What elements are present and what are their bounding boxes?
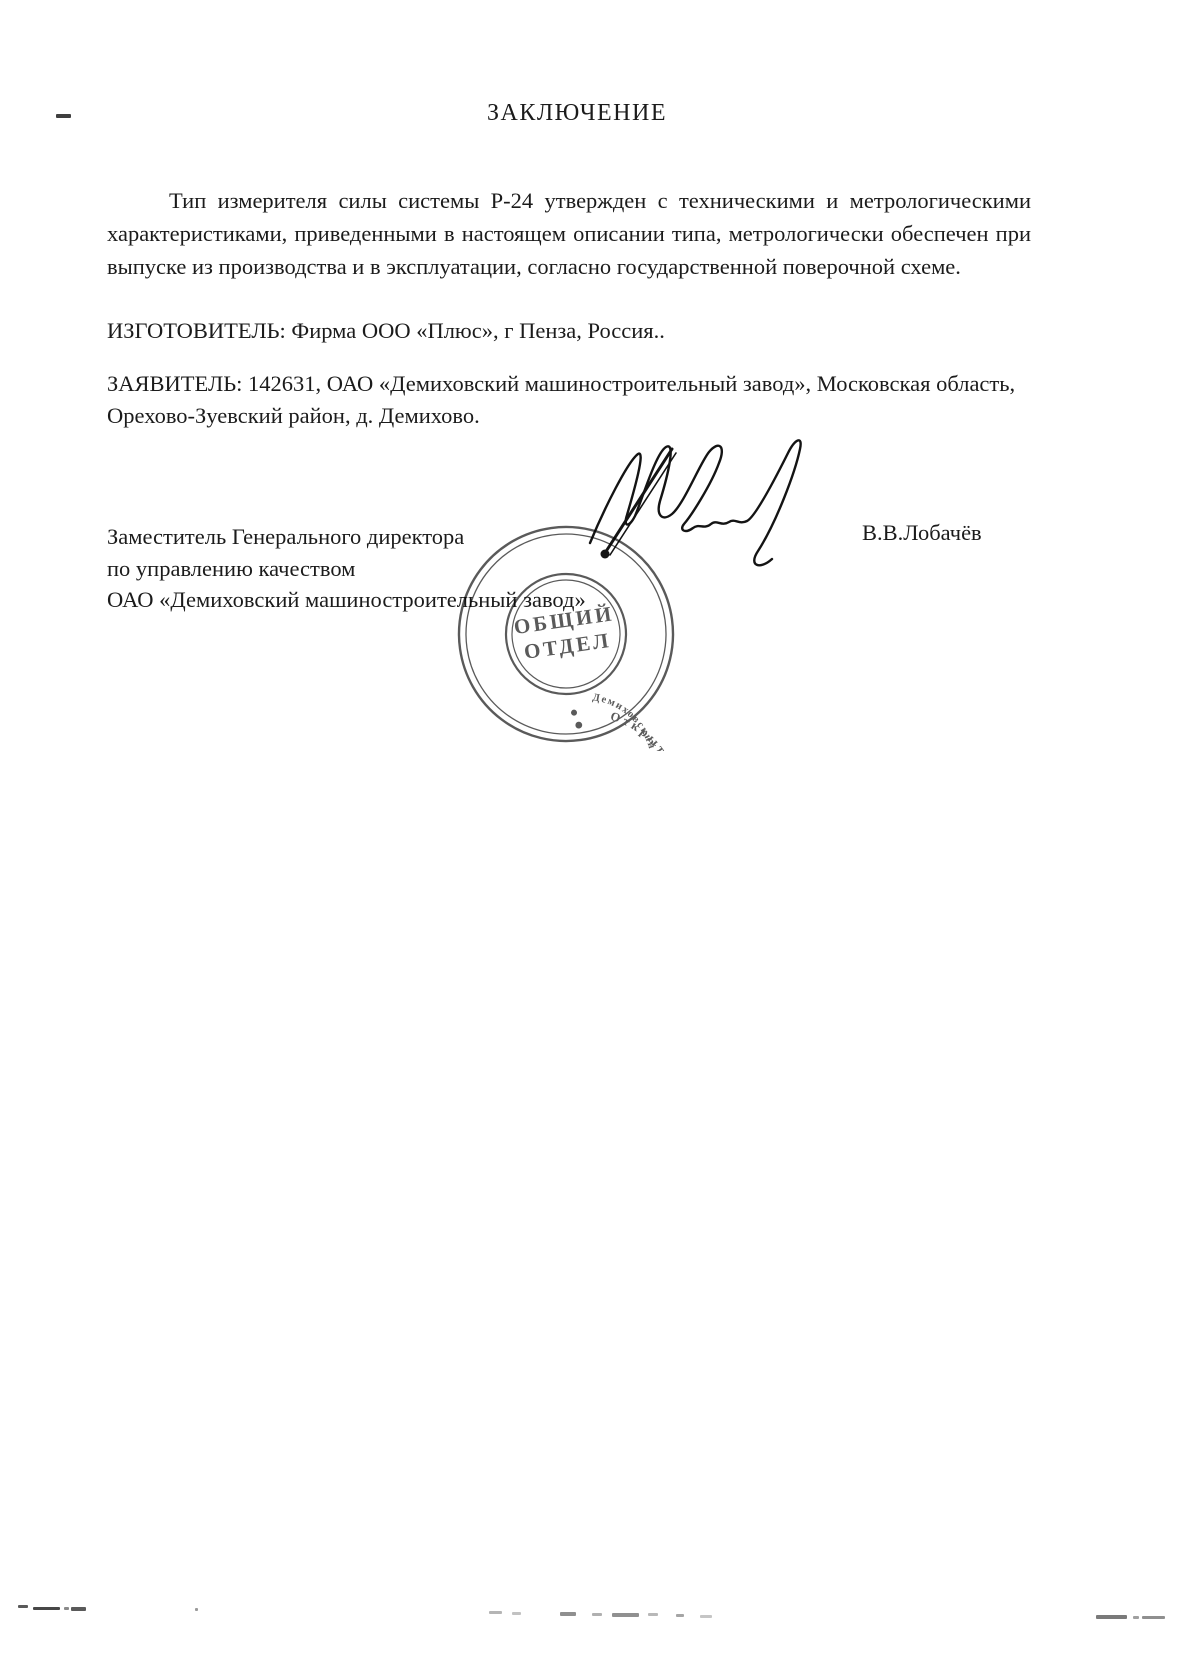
scan-artifact-dash: [56, 114, 71, 118]
signatory-name: В.В.Лобачёв: [862, 520, 982, 546]
scan-artifact-dash: [648, 1613, 658, 1616]
scan-artifact-dash: [612, 1613, 639, 1617]
handwritten-signature: [548, 423, 848, 581]
scan-artifact-dash: [676, 1614, 684, 1617]
scan-artifact-dash: [33, 1607, 60, 1610]
scan-artifact-dash: [560, 1612, 576, 1616]
applicant-line-1: ЗАЯВИТЕЛЬ: 142631, ОАО «Демиховский маши…: [107, 368, 1067, 400]
conclusion-paragraph: Тип измерителя силы системы Р-24 утвержд…: [107, 184, 1031, 283]
manufacturer-line: ИЗГОТОВИТЕЛЬ: Фирма ООО «Плюс», г Пенза,…: [107, 315, 1047, 347]
scan-artifact-dash: [592, 1613, 602, 1616]
scan-artifact-dash: [700, 1615, 712, 1618]
stamp-ink-dot: [571, 709, 578, 716]
scan-artifact-dash: [512, 1612, 521, 1615]
scan-artifact-dash: [489, 1611, 502, 1614]
scan-artifact-dot: [195, 1608, 198, 1611]
scanned-document-page: ЗАКЛЮЧЕНИЕ Тип измерителя силы системы Р…: [0, 0, 1185, 1662]
scan-artifact-dash: [18, 1605, 28, 1608]
scan-artifact-dash: [64, 1607, 69, 1610]
scan-artifact-dash: [1133, 1616, 1139, 1619]
scan-artifact-dash: [1096, 1615, 1127, 1619]
document-title: ЗАКЛЮЧЕНИЕ: [107, 100, 1047, 127]
signature-graphic: [548, 423, 848, 581]
stamp-ink-dot: [575, 721, 583, 729]
scan-artifact-dash: [71, 1607, 86, 1611]
scan-artifact-dash: [1142, 1616, 1165, 1619]
